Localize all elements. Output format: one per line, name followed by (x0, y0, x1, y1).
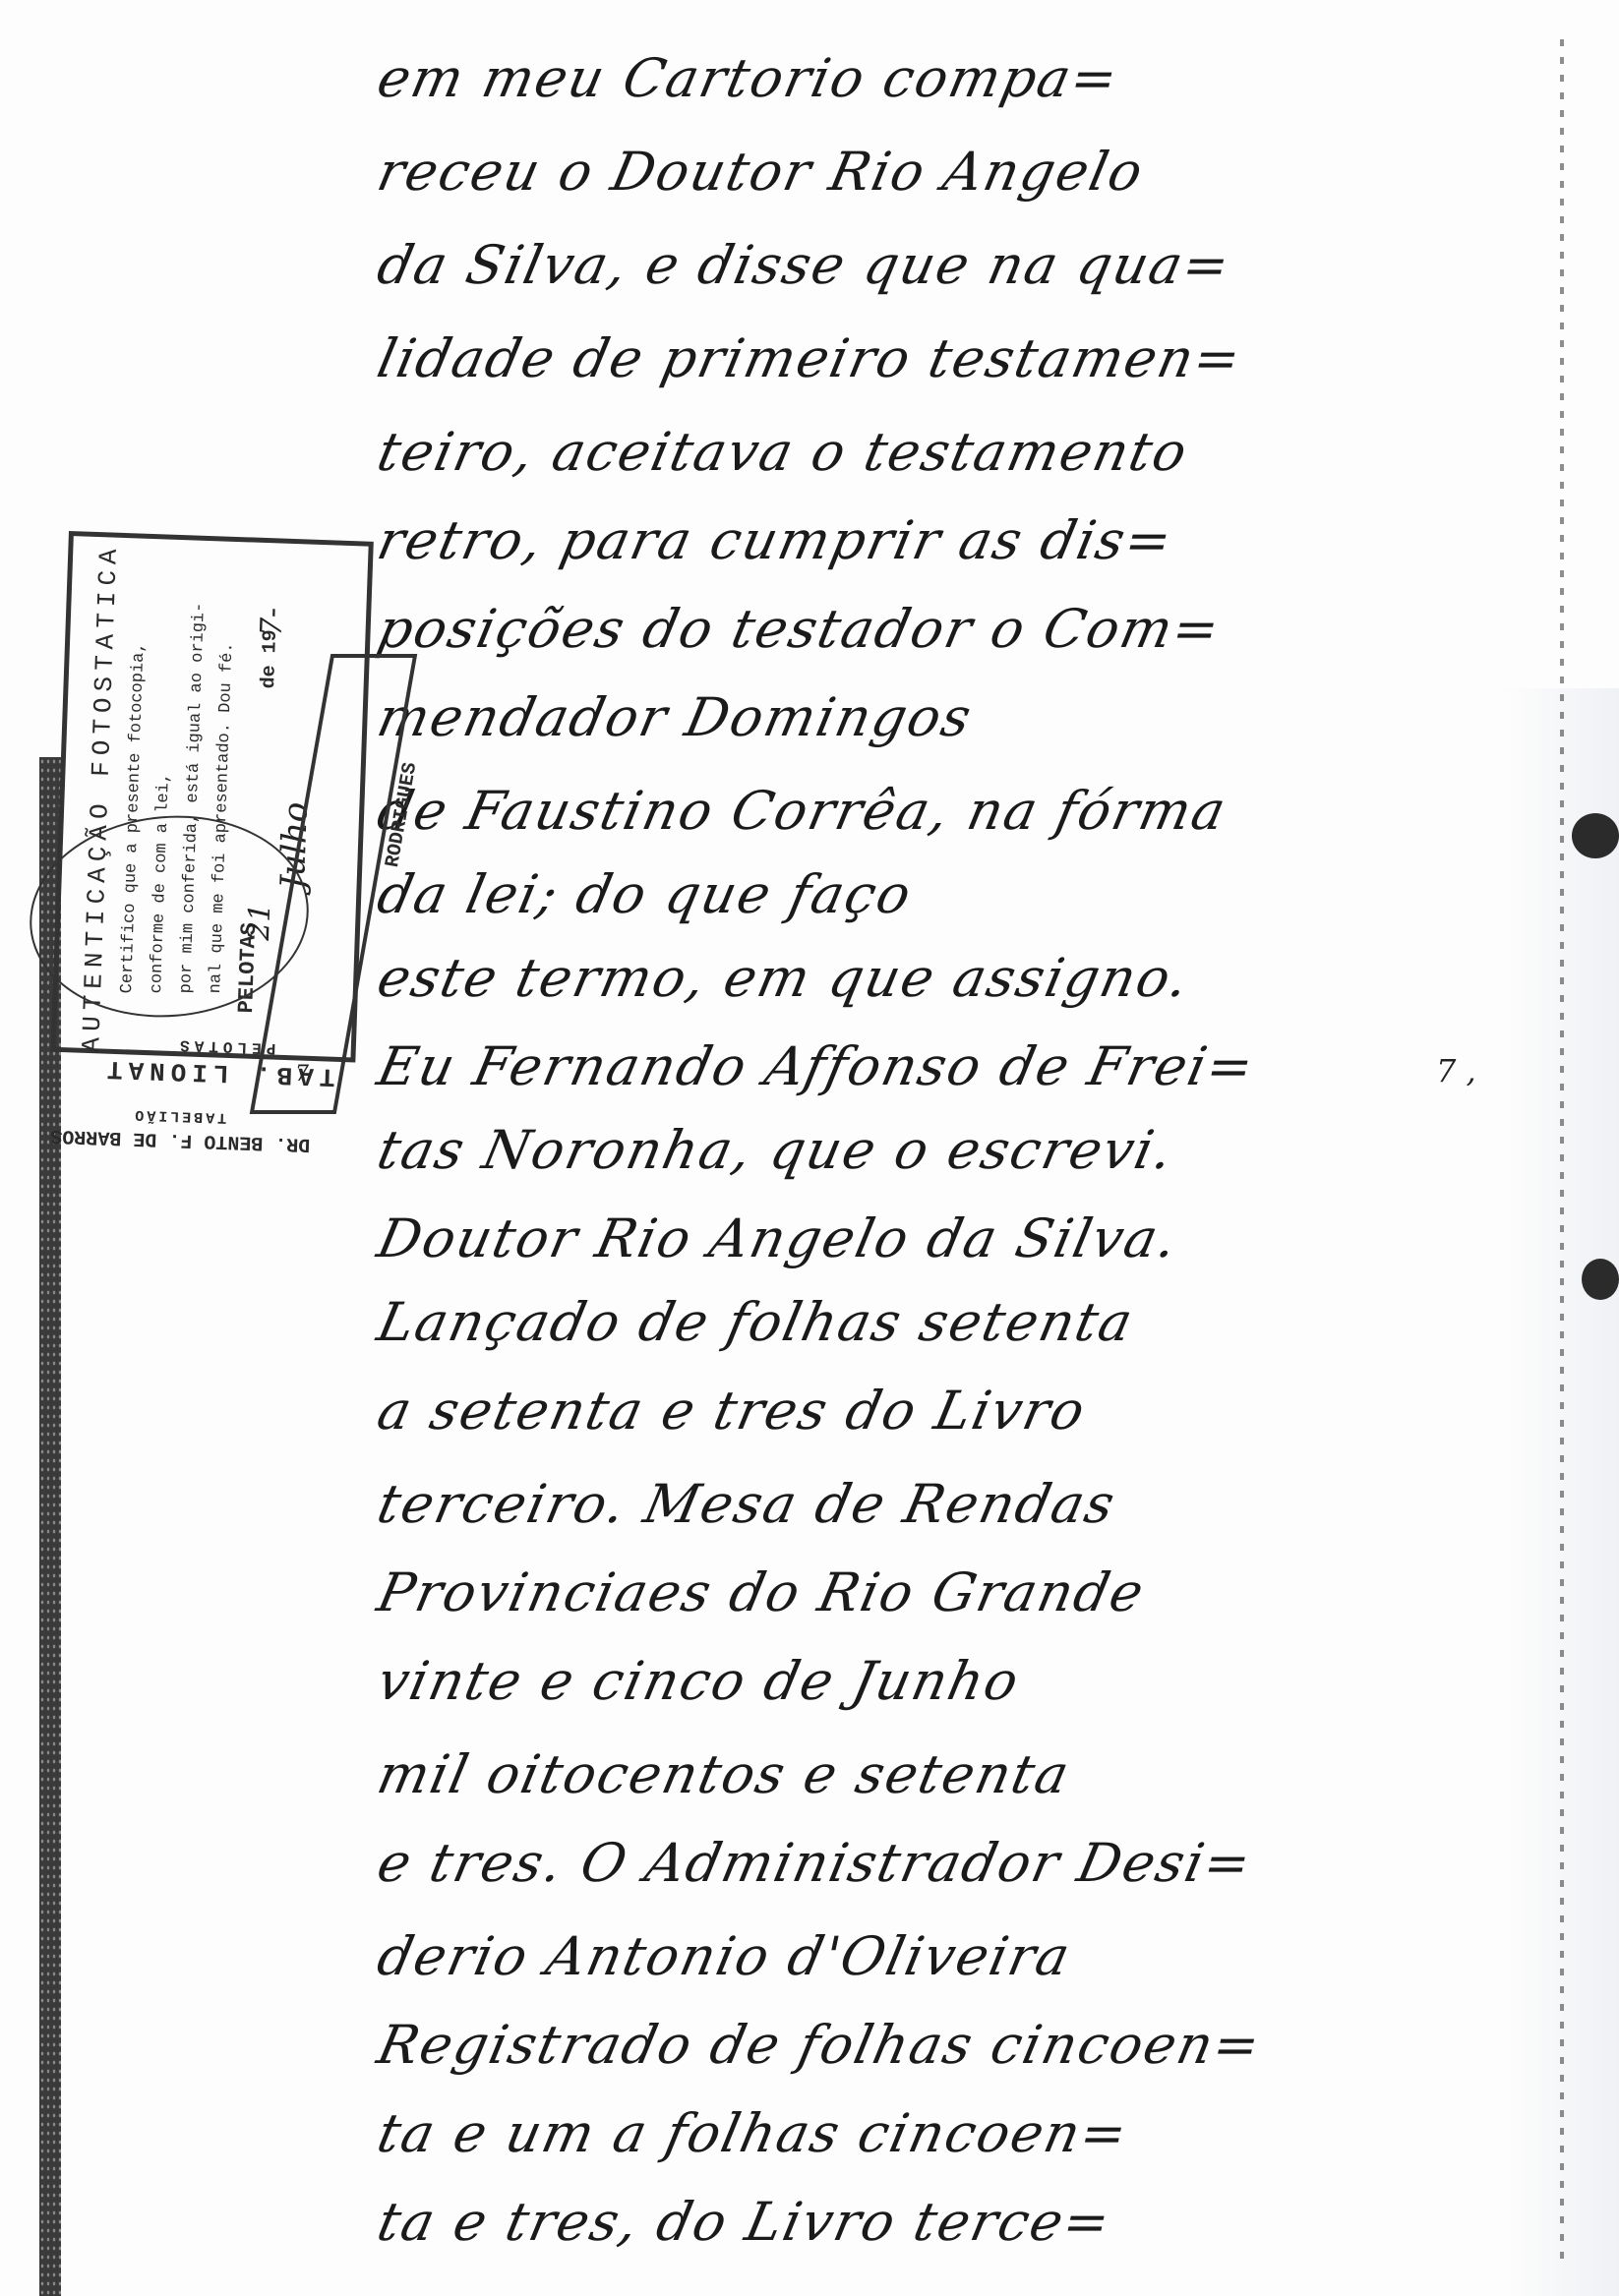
text-line: em meu Cartorio compa= (368, 29, 1451, 128)
text-line: retro, para cumprir as dis= (368, 492, 1451, 590)
stamp-year-suffix: 7- (255, 607, 290, 636)
text-line: e tres. O Administrador Desi= (368, 1814, 1451, 1913)
text-line: tas Noronha, que o escrevi. (368, 1101, 1451, 1200)
text-line: vinte e cinco de Junho (368, 1632, 1451, 1731)
perforation-margin (1560, 39, 1564, 2262)
text-line: da Silva, e disse que na qua= (368, 216, 1451, 315)
text-line: teiro, aceitava o testamento (368, 403, 1451, 501)
text-line: receu o Doutor Rio Angelo (368, 123, 1451, 221)
text-line: derio Antonio d'Oliveira (368, 1908, 1451, 2006)
text-line: terceiro. Mesa de Rendas (368, 1455, 1451, 1554)
text-line: posições do testador o Com= (368, 580, 1451, 678)
punch-hole-bottom (1582, 1259, 1619, 1300)
text-line: mil oitocentos e setenta (368, 1726, 1451, 1824)
notary-role: TABELIÃO (132, 1106, 227, 1126)
text-line: ta e tres, do Livro terce= (368, 2173, 1451, 2271)
punch-hole-top (1572, 813, 1619, 858)
text-line: mendador Domingos (368, 669, 1451, 767)
side-stamp-number: 7 (295, 1062, 309, 1087)
text-line: lidade de primeiro testamen= (368, 310, 1451, 408)
text-line: este termo, em que assigno. (368, 929, 1451, 1028)
text-line: Provinciaes do Rio Grande (368, 1544, 1451, 1642)
scanned-page: em meu Cartorio compa= receu o Doutor Ri… (0, 0, 1619, 2296)
text-line: ta e um a folhas cincoen= (368, 2085, 1451, 2183)
margin-note: 7 , (1436, 1052, 1476, 1089)
stamp-year-prefix: de 19 (258, 629, 282, 689)
text-line: Registrado de folhas cincoen= (368, 1996, 1451, 2094)
text-line: a setenta e tres do Livro (368, 1362, 1451, 1460)
text-line: Lançado de folhas setenta (368, 1273, 1451, 1372)
